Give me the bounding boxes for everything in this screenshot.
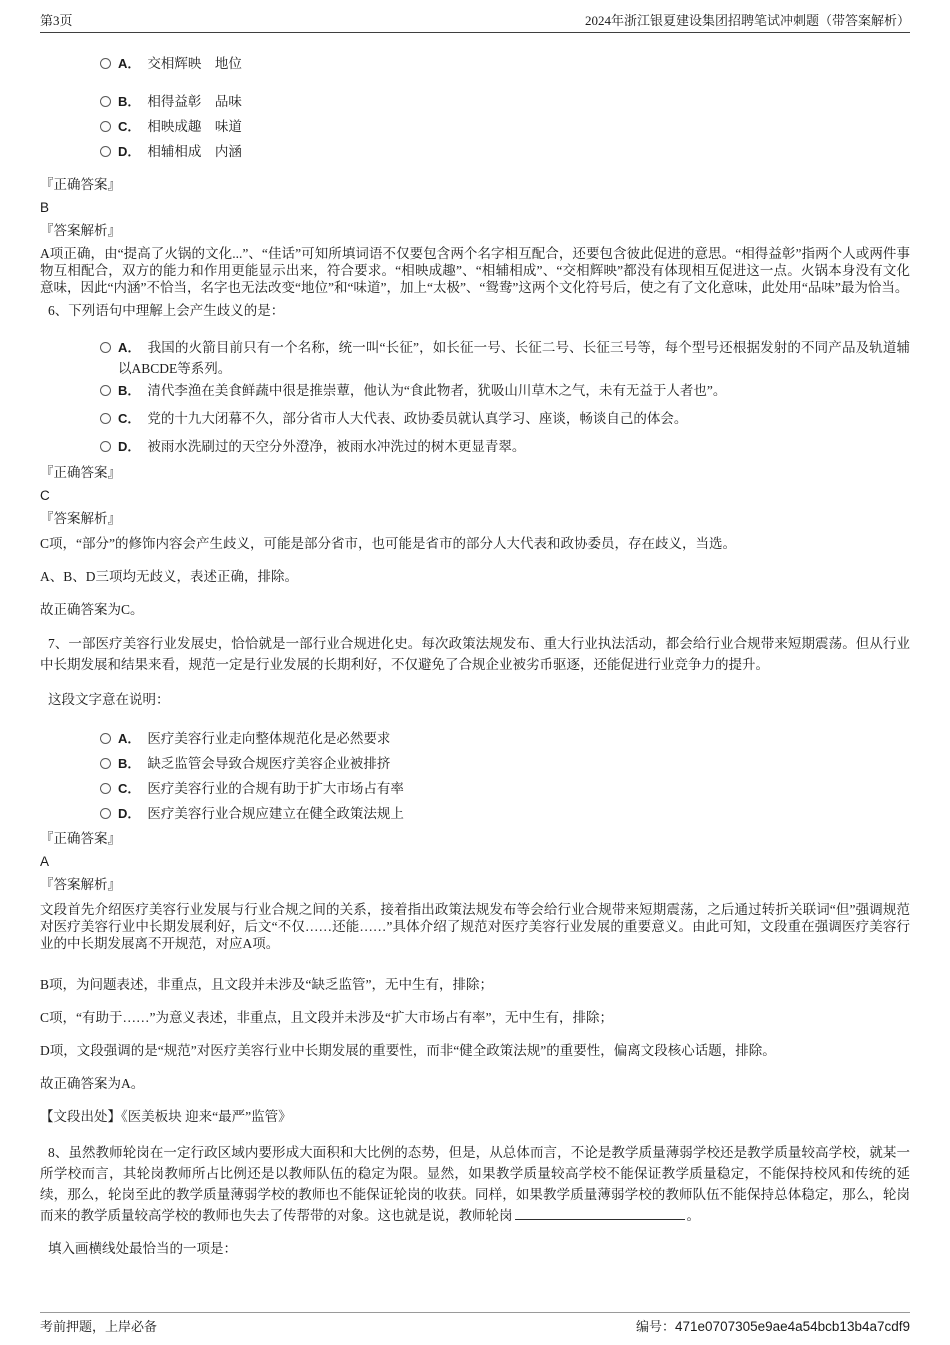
- option-letter: C．: [118, 119, 140, 134]
- page-footer: 考前押题，上岸必备 编号：471e0707305e9ae4a54bcb13b4a…: [40, 1312, 910, 1335]
- correct-answer-label: 『正确答案』: [40, 830, 910, 847]
- option-text: B．相得益彰 品味: [118, 91, 910, 112]
- option-row: A．医疗美容行业走向整体规范化是必然要求: [100, 728, 910, 749]
- option-label: 缺乏监管会导致合规医疗美容企业被排挤: [147, 756, 390, 771]
- analysis-paragraph: B项，为问题表述，非重点，且文段并未涉及“缺乏监管”，无中生有，排除；: [40, 976, 910, 993]
- correct-answer-label: 『正确答案』: [40, 464, 910, 481]
- page-header: 第3页 2024年浙江银夏建设集团招聘笔试冲刺题（带答案解析）: [40, 0, 910, 33]
- option-text: C．医疗美容行业的合规有助于扩大市场占有率: [118, 778, 910, 799]
- question8-stem: 8、虽然教师轮岗在一定行政区域内要形成大面积和大比例的态势，但是，从总体而言，不…: [40, 1142, 910, 1226]
- answer-value: C: [40, 487, 910, 504]
- option-row: A．交相辉映 地位: [100, 53, 910, 74]
- option-radio[interactable]: [100, 342, 111, 353]
- question8-stem-text: 8、虽然教师轮岗在一定行政区域内要形成大面积和大比例的态势，但是，从总体而言，不…: [40, 1145, 910, 1223]
- option-text: A．交相辉映 地位: [118, 53, 910, 74]
- document-page: 第3页 2024年浙江银夏建设集团招聘笔试冲刺题（带答案解析） A．交相辉映 地…: [0, 0, 950, 1345]
- option-row: B．相得益彰 品味: [100, 91, 910, 112]
- analysis-paragraph: 故正确答案为A。: [40, 1075, 910, 1092]
- option-text: D．相辅相成 内涵: [118, 141, 910, 162]
- option-letter: D．: [118, 806, 140, 821]
- doc-title: 2024年浙江银夏建设集团招聘笔试冲刺题（带答案解析）: [585, 13, 910, 29]
- analysis-label: 『答案解析』: [40, 876, 910, 893]
- option-label: 相辅相成 内涵: [147, 144, 242, 159]
- option-row: D．相辅相成 内涵: [100, 141, 910, 162]
- option-letter: C．: [118, 411, 140, 426]
- analysis-label: 『答案解析』: [40, 510, 910, 527]
- question7-answer-block: 『正确答案』 A 『答案解析』 文段首先介绍医疗美容行业发展与行业合规之间的关系…: [40, 830, 910, 1125]
- option-row: D．被雨水洗刷过的天空分外澄净，被雨水冲洗过的树木更显青翠。: [100, 436, 910, 457]
- doc-serial-label: 编号：: [636, 1319, 675, 1334]
- option-radio[interactable]: [100, 733, 111, 744]
- question8-stem-suffix: 。: [687, 1208, 701, 1223]
- question7-stem: 7、一部医疗美容行业发展史，恰恰就是一部行业合规进化史。每次政策法规发布、重大行…: [40, 633, 910, 675]
- analysis-label: 『答案解析』: [40, 222, 910, 239]
- option-radio[interactable]: [100, 121, 111, 132]
- question6-options: A．我国的火箭目前只有一个名称，统一叫“长征”，如长征一号、长征二号、长征三号等…: [40, 337, 910, 457]
- option-letter: B．: [118, 383, 140, 398]
- option-radio[interactable]: [100, 758, 111, 769]
- analysis-paragraph: 故正确答案为C。: [40, 601, 910, 618]
- answer-value: A: [40, 853, 910, 870]
- option-letter: A．: [118, 340, 141, 355]
- doc-serial: 编号：471e0707305e9ae4a54bcb13b4a7cdf9: [636, 1319, 910, 1335]
- option-radio[interactable]: [100, 146, 111, 157]
- option-letter: A．: [118, 731, 140, 746]
- option-radio[interactable]: [100, 96, 111, 107]
- option-text: A．医疗美容行业走向整体规范化是必然要求: [118, 728, 910, 749]
- option-radio[interactable]: [100, 385, 111, 396]
- option-radio[interactable]: [100, 413, 111, 424]
- option-label: 医疗美容行业的合规有助于扩大市场占有率: [147, 781, 404, 796]
- option-text: B．清代李渔在美食鲜蔬中很是推崇蕈，他认为“食此物者，犹吸山川草木之气，未有无益…: [118, 380, 910, 401]
- option-label: 交相辉映 地位: [147, 56, 242, 71]
- option-label: 相映成趣 味道: [147, 119, 242, 134]
- option-letter: B．: [118, 756, 140, 771]
- option-row: B．缺乏监管会导致合规医疗美容企业被排挤: [100, 753, 910, 774]
- question5-answer-block: 『正确答案』 B 『答案解析』 A项正确，由“提高了火锅的文化...”、“佳话”…: [40, 176, 910, 296]
- option-text: A．我国的火箭目前只有一个名称，统一叫“长征”，如长征一号、长征二号、长征三号等…: [118, 337, 910, 379]
- source-note: 【文段出处】《医美板块 迎来“最严”监管》: [40, 1108, 910, 1125]
- option-text: C．党的十九大闭幕不久，部分省市人大代表、政协委员就认真学习、座谈，畅谈自己的体…: [118, 408, 910, 429]
- option-row: C．医疗美容行业的合规有助于扩大市场占有率: [100, 778, 910, 799]
- analysis-paragraph: C项，“部分”的修饰内容会产生歧义，可能是部分省市，也可能是省市的部分人大代表和…: [40, 535, 910, 552]
- fill-blank-line: [515, 1216, 685, 1220]
- option-label: 党的十九大闭幕不久，部分省市人大代表、政协委员就认真学习、座谈，畅谈自己的体会。: [147, 411, 687, 426]
- option-row: A．我国的火箭目前只有一个名称，统一叫“长征”，如长征一号、长征二号、长征三号等…: [100, 337, 910, 379]
- footer-slogan: 考前押题，上岸必备: [40, 1319, 157, 1335]
- option-label: 医疗美容行业合规应建立在健全政策法规上: [147, 806, 404, 821]
- question7-options: A．医疗美容行业走向整体规范化是必然要求 B．缺乏监管会导致合规医疗美容企业被排…: [40, 728, 910, 824]
- question7-prompt: 这段文字意在说明：: [40, 689, 910, 710]
- option-label: 清代李渔在美食鲜蔬中很是推崇蕈，他认为“食此物者，犹吸山川草木之气，未有无益于人…: [147, 383, 726, 398]
- option-text: D．被雨水洗刷过的天空分外澄净，被雨水冲洗过的树木更显青翠。: [118, 436, 910, 457]
- option-row: C．相映成趣 味道: [100, 116, 910, 137]
- analysis-paragraph: A项正确，由“提高了火锅的文化...”、“佳话”可知所填词语不仅要包含两个名字相…: [40, 245, 910, 296]
- page-number: 第3页: [40, 13, 73, 29]
- question6-stem: 6、下列语句中理解上会产生歧义的是：: [40, 300, 910, 321]
- question5-options: A．交相辉映 地位 B．相得益彰 品味 C．相映成趣 味道 D．相辅相成 内涵: [40, 53, 910, 162]
- option-row: C．党的十九大闭幕不久，部分省市人大代表、政协委员就认真学习、座谈，畅谈自己的体…: [100, 408, 910, 429]
- option-text: D．医疗美容行业合规应建立在健全政策法规上: [118, 803, 910, 824]
- option-radio[interactable]: [100, 783, 111, 794]
- option-label: 相得益彰 品味: [147, 94, 242, 109]
- analysis-paragraph: 文段首先介绍医疗美容行业发展与行业合规之间的关系，接着指出政策法规发布等会给行业…: [40, 901, 910, 952]
- option-label: 医疗美容行业走向整体规范化是必然要求: [147, 731, 390, 746]
- answer-value: B: [40, 199, 910, 216]
- option-letter: C．: [118, 781, 140, 796]
- analysis-paragraph: A、B、D三项均无歧义，表述正确，排除。: [40, 568, 910, 585]
- correct-answer-label: 『正确答案』: [40, 176, 910, 193]
- option-text: B．缺乏监管会导致合规医疗美容企业被排挤: [118, 753, 910, 774]
- option-radio[interactable]: [100, 441, 111, 452]
- option-text: C．相映成趣 味道: [118, 116, 910, 137]
- option-letter: D．: [118, 439, 140, 454]
- doc-serial-value: 471e0707305e9ae4a54bcb13b4a7cdf9: [675, 1319, 910, 1334]
- option-letter: D．: [118, 144, 140, 159]
- option-row: B．清代李渔在美食鲜蔬中很是推崇蕈，他认为“食此物者，犹吸山川草木之气，未有无益…: [100, 380, 910, 401]
- question6-answer-block: 『正确答案』 C 『答案解析』 C项，“部分”的修饰内容会产生歧义，可能是部分省…: [40, 464, 910, 618]
- option-row: D．医疗美容行业合规应建立在健全政策法规上: [100, 803, 910, 824]
- option-label: 我国的火箭目前只有一个名称，统一叫“长征”，如长征一号、长征二号、长征三号等，每…: [118, 340, 910, 376]
- analysis-paragraph: D项，文段强调的是“规范”对医疗美容行业中长期发展的重要性，而非“健全政策法规”…: [40, 1042, 910, 1059]
- option-letter: A．: [118, 56, 140, 71]
- option-label: 被雨水洗刷过的天空分外澄净，被雨水冲洗过的树木更显青翠。: [147, 439, 525, 454]
- option-radio[interactable]: [100, 808, 111, 819]
- analysis-paragraph: C项，“有助于……”为意义表述，非重点，且文段并未涉及“扩大市场占有率”，无中生…: [40, 1009, 910, 1026]
- question8-prompt: 填入画横线处最恰当的一项是：: [40, 1238, 910, 1259]
- option-radio[interactable]: [100, 58, 111, 69]
- option-letter: B．: [118, 94, 140, 109]
